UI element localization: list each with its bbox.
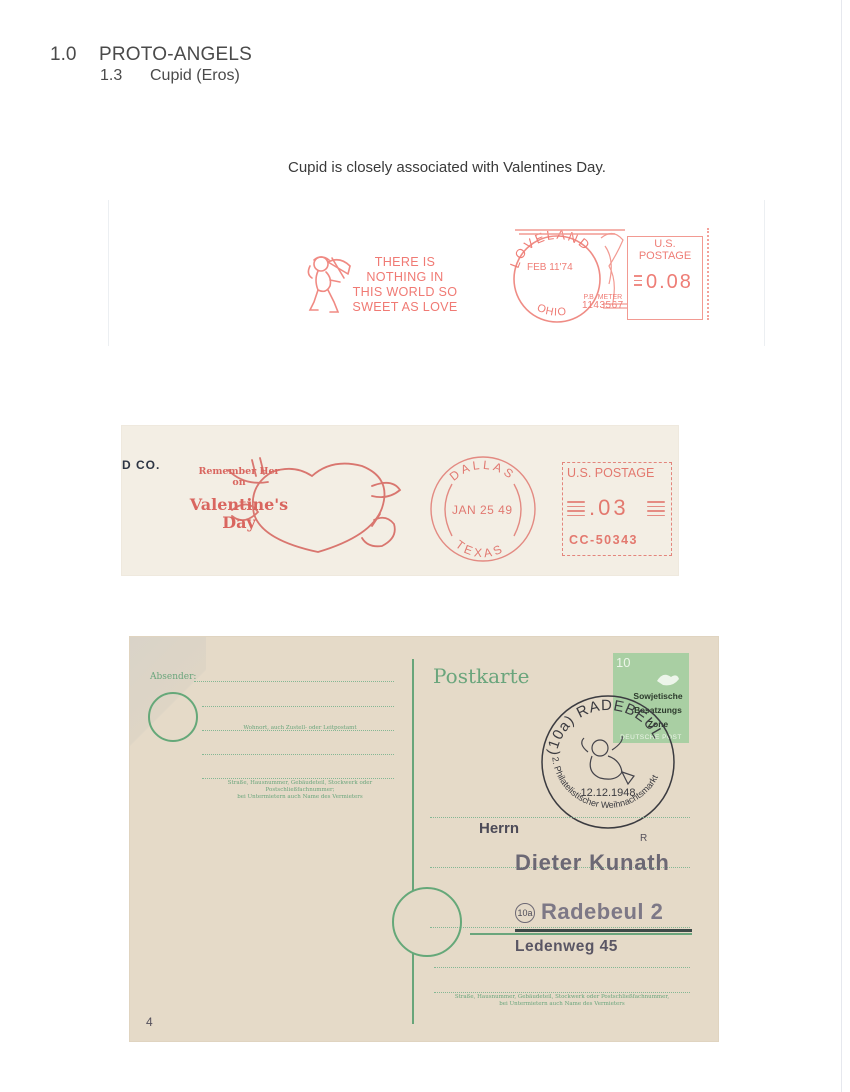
corner-mark: 4 bbox=[146, 1015, 153, 1029]
subsection-number: 1.3 bbox=[100, 67, 122, 85]
cupid-archer-icon bbox=[304, 252, 354, 318]
dallas-meter-cut: D CO. Remember Her on Valentine's Day DA… bbox=[122, 426, 678, 575]
meter-serial: CC-50343 bbox=[569, 533, 638, 547]
recipient-street: Ledenweg 45 bbox=[515, 938, 618, 956]
wavy-lines-icon bbox=[634, 275, 642, 289]
company-fragment: D CO. bbox=[122, 458, 160, 472]
meter-indicia: U.S. POSTAGE 0.08 bbox=[627, 236, 703, 320]
postmark-date: FEB 11'74 bbox=[527, 262, 573, 273]
wavy-lines-icon bbox=[647, 501, 665, 519]
section-number: 1.0 bbox=[50, 44, 76, 66]
section-title: PROTO-ANGELS bbox=[99, 44, 252, 66]
postmark-date: JAN 25 49 bbox=[452, 503, 513, 517]
svg-text:(10a) RADEBEUL: (10a) RADEBEUL bbox=[544, 697, 667, 756]
address-circle bbox=[392, 887, 462, 957]
meter-value: .03 bbox=[589, 495, 629, 521]
sender-circle bbox=[148, 692, 198, 742]
address-hint: Straße, Hausnummer, Gebäudeteil, Stockwe… bbox=[430, 994, 694, 1008]
meter-indicia: U.S. POSTAGE .03 CC-50343 bbox=[562, 462, 672, 556]
permit-block: P.B. METER 1143567 bbox=[582, 294, 624, 310]
dove-icon bbox=[653, 667, 681, 691]
card-title: Postkarte bbox=[433, 664, 529, 688]
recipient-name: Dieter Kunath bbox=[515, 850, 670, 876]
sender-hint: Wohnort, auch Zustell- oder Leitpostamt bbox=[210, 725, 390, 732]
radebeul-cancel: (10a) RADEBEUL 2. Philatelistischer Weih… bbox=[538, 692, 678, 832]
sender-label: Absender: bbox=[150, 672, 196, 682]
svg-text:12.12.1948: 12.12.1948 bbox=[580, 787, 635, 799]
meter-slogan: THERE IS NOTHING IN THIS WORLD SO SWEET … bbox=[349, 255, 461, 315]
wavy-lines-icon bbox=[567, 501, 585, 519]
svg-text:2. Philatelistischer Weihnacht: 2. Philatelistischer Weihnachtsmarkt bbox=[550, 756, 660, 810]
perforation-edge bbox=[705, 228, 709, 320]
underline bbox=[470, 933, 692, 935]
pencil-mark: R bbox=[640, 833, 647, 844]
recipient-salutation: Herrn bbox=[479, 820, 519, 837]
loveland-meter-cut: THERE IS NOTHING IN THIS WORLD SO SWEET … bbox=[108, 200, 765, 346]
ink-underline bbox=[515, 929, 692, 932]
page-edge bbox=[841, 0, 842, 1092]
subsection-title: Cupid (Eros) bbox=[150, 67, 240, 85]
card-divider bbox=[412, 659, 414, 1024]
meter-value: 0.08 bbox=[646, 271, 693, 294]
postkarte: Absender: Wohnort, auch Zustell- oder Le… bbox=[130, 637, 718, 1041]
svg-text:DALLAS: DALLAS bbox=[447, 458, 519, 484]
page-caption: Cupid is closely associated with Valenti… bbox=[288, 159, 606, 176]
svg-text:OHIO: OHIO bbox=[535, 302, 568, 319]
stamp-value: 10 bbox=[616, 655, 630, 670]
postal-zone-badge: 10a bbox=[515, 903, 535, 923]
sender-hint-2: Straße, Hausnummer, Gebäudeteil, Stockwe… bbox=[220, 780, 380, 801]
slogan-top: Remember Her on bbox=[184, 466, 294, 488]
slogan-main: Valentine's Day bbox=[174, 496, 304, 532]
